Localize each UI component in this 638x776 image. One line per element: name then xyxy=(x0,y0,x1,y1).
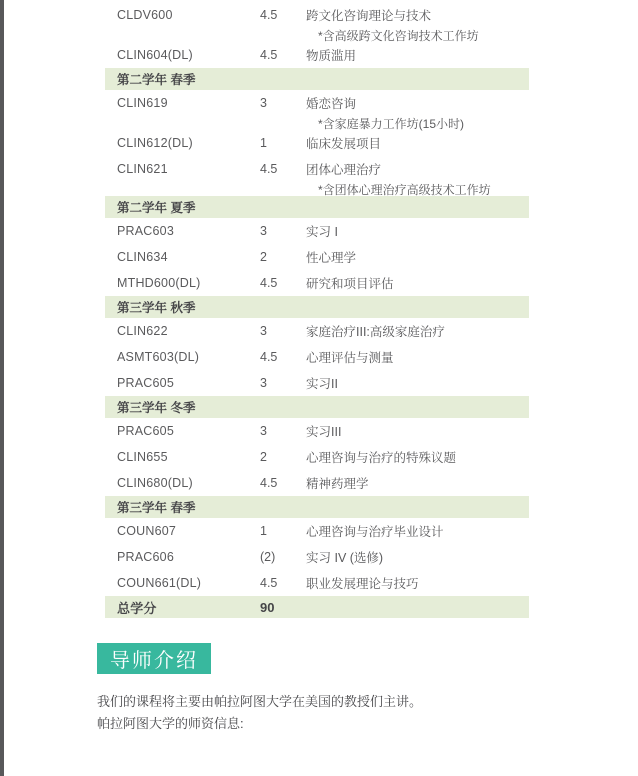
course-title: 实习 IV (选修) xyxy=(306,548,529,566)
paragraph-courses-taught-by: 我们的课程将主要由帕拉阿图大学在美国的教授们主讲。 xyxy=(97,691,422,713)
section-header-label: 第三学年 春季 xyxy=(105,498,195,516)
table-total-row: 总学分90 xyxy=(105,596,529,618)
course-row: CLIN604(DL)4.5物质滥用 xyxy=(105,42,529,68)
course-title: 实习III xyxy=(306,422,529,440)
course-code: CLIN621 xyxy=(105,162,260,176)
table-section-header-row: 第三学年 冬季 xyxy=(105,396,529,418)
course-row: PRAC6033实习 I xyxy=(105,218,529,244)
course-title: 精神药理学 xyxy=(306,474,529,492)
course-title: 性心理学 xyxy=(306,248,529,266)
course-credits: 4.5 xyxy=(260,476,306,490)
course-row: CLIN6223家庭治疗III:高级家庭治疗 xyxy=(105,318,529,344)
course-row: CLIN6342性心理学 xyxy=(105,244,529,270)
course-code: CLDV600 xyxy=(105,8,260,22)
course-row: COUN6071心理咨询与治疗毕业设计 xyxy=(105,518,529,544)
course-title: 跨文化咨询理论与技术 xyxy=(306,6,529,24)
course-credits: 3 xyxy=(260,96,306,110)
course-credits: 4.5 xyxy=(260,162,306,176)
course-credits: 4.5 xyxy=(260,350,306,364)
course-code: COUN661(DL) xyxy=(105,576,260,590)
course-note-row: *含团体心理治疗高级技术工作坊 xyxy=(105,182,529,196)
course-row: CLDV6004.5跨文化咨询理论与技术 xyxy=(105,2,529,28)
course-code: CLIN634 xyxy=(105,250,260,264)
course-code: CLIN680(DL) xyxy=(105,476,260,490)
course-credits: 3 xyxy=(260,424,306,438)
course-code: PRAC605 xyxy=(105,376,260,390)
course-row: CLIN6193婚恋咨询 xyxy=(105,90,529,116)
course-credits: 2 xyxy=(260,450,306,464)
course-code: CLIN612(DL) xyxy=(105,136,260,150)
course-title: 研究和项目评估 xyxy=(306,274,529,292)
course-title: 心理评估与测量 xyxy=(306,348,529,366)
course-credits: 4.5 xyxy=(260,48,306,62)
course-title: 物质滥用 xyxy=(306,46,529,64)
table-section-header-row: 第三学年 秋季 xyxy=(105,296,529,318)
paragraph-faculty-info: 帕拉阿图大学的师资信息: xyxy=(97,713,422,735)
course-credits: 3 xyxy=(260,324,306,338)
course-schedule-table: CLDV6004.5跨文化咨询理论与技术*含高级跨文化咨询技术工作坊CLIN60… xyxy=(105,2,529,618)
course-row: CLIN6552心理咨询与治疗的特殊议题 xyxy=(105,444,529,470)
course-title: 团体心理治疗 xyxy=(306,160,529,178)
course-code: PRAC606 xyxy=(105,550,260,564)
course-row: CLIN612(DL)1临床发展项目 xyxy=(105,130,529,156)
course-code: CLIN655 xyxy=(105,450,260,464)
section-heading-label: 导师介绍 xyxy=(110,644,198,673)
course-row: ASMT603(DL)4.5心理评估与测量 xyxy=(105,344,529,370)
course-credits: 1 xyxy=(260,136,306,150)
course-row: CLIN680(DL)4.5精神药理学 xyxy=(105,470,529,496)
course-row: CLIN6214.5团体心理治疗 xyxy=(105,156,529,182)
total-credits-value: 90 xyxy=(260,600,306,615)
course-credits: 4.5 xyxy=(260,576,306,590)
course-title: 实习 I xyxy=(306,222,529,240)
section-heading-badge: 导师介绍 xyxy=(97,643,211,674)
course-code: PRAC603 xyxy=(105,224,260,238)
course-credits: (2) xyxy=(260,550,306,564)
course-code: MTHD600(DL) xyxy=(105,276,260,290)
course-title: 心理咨询与治疗毕业设计 xyxy=(306,522,529,540)
course-title: 婚恋咨询 xyxy=(306,94,529,112)
course-note: *含家庭暴力工作坊(15小时) xyxy=(318,115,464,132)
course-title: 临床发展项目 xyxy=(306,134,529,152)
course-row: PRAC6053实习II xyxy=(105,370,529,396)
course-note: *含团体心理治疗高级技术工作坊 xyxy=(318,181,491,198)
course-credits: 3 xyxy=(260,376,306,390)
total-label: 总学分 xyxy=(105,598,260,617)
course-row: PRAC6053实习III xyxy=(105,418,529,444)
course-credits: 4.5 xyxy=(260,8,306,22)
section-header-label: 第二学年 春季 xyxy=(105,70,195,88)
course-note: *含高级跨文化咨询技术工作坊 xyxy=(318,27,479,44)
course-credits: 3 xyxy=(260,224,306,238)
course-title: 实习II xyxy=(306,374,529,392)
section-header-label: 第三学年 秋季 xyxy=(105,298,195,316)
course-note-row: *含家庭暴力工作坊(15小时) xyxy=(105,116,529,130)
course-row: COUN661(DL)4.5职业发展理论与技巧 xyxy=(105,570,529,596)
body-text: 我们的课程将主要由帕拉阿图大学在美国的教授们主讲。 帕拉阿图大学的师资信息: xyxy=(97,691,422,735)
course-code: ASMT603(DL) xyxy=(105,350,260,364)
course-title: 家庭治疗III:高级家庭治疗 xyxy=(306,322,529,340)
section-header-label: 第三学年 冬季 xyxy=(105,398,195,416)
course-title: 心理咨询与治疗的特殊议题 xyxy=(306,448,529,466)
course-row: PRAC606(2)实习 IV (选修) xyxy=(105,544,529,570)
course-credits: 1 xyxy=(260,524,306,538)
table-section-header-row: 第二学年 春季 xyxy=(105,68,529,90)
course-credits: 4.5 xyxy=(260,276,306,290)
course-code: CLIN619 xyxy=(105,96,260,110)
table-section-header-row: 第二学年 夏季 xyxy=(105,196,529,218)
window-edge-bar xyxy=(0,0,4,776)
course-note-row: *含高级跨文化咨询技术工作坊 xyxy=(105,28,529,42)
table-section-header-row: 第三学年 春季 xyxy=(105,496,529,518)
course-code: COUN607 xyxy=(105,524,260,538)
course-code: CLIN604(DL) xyxy=(105,48,260,62)
course-code: CLIN622 xyxy=(105,324,260,338)
course-title: 职业发展理论与技巧 xyxy=(306,574,529,592)
course-code: PRAC605 xyxy=(105,424,260,438)
course-credits: 2 xyxy=(260,250,306,264)
section-header-label: 第二学年 夏季 xyxy=(105,198,195,216)
course-row: MTHD600(DL)4.5研究和项目评估 xyxy=(105,270,529,296)
